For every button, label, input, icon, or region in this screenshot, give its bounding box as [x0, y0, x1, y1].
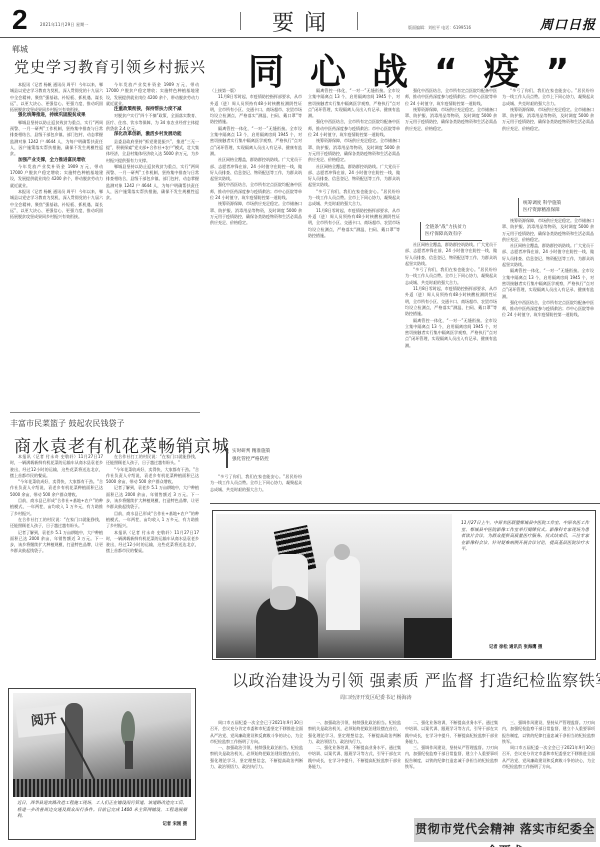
article-kicker: 郸城: [12, 44, 28, 55]
paragraph: 统筹资源保障，市场供应充足稳定。全市储备口罩、防护服、消毒用品等物资，及时调度 …: [502, 107, 594, 132]
editor-line: 版面编辑：刘松平 电话：6199516: [408, 25, 471, 31]
paragraph: 社区网格全覆盖，群防群控筑防线。广大党员干部、志愿者冲锋在前，24 小时值守在防…: [210, 157, 302, 182]
paper-logo: 周口日报: [540, 14, 596, 33]
doctor-head: [334, 544, 350, 560]
paragraph: “多亏了你们，我们在家也能安心。”居民纷纷为一线工作人员点赞。全市上下同心协力，…: [502, 88, 594, 107]
paragraph: 社区网格全覆盖，群防群控筑防线。广大党员干部、志愿者冲锋在前，24 小时值守在防…: [502, 243, 594, 268]
article-body-col2: 今年发放产业奖补资金 1909 万元，带动 17000 户脱贫户稳定增收；实施特…: [106, 82, 199, 382]
paragraph: 三、强调作风建设，坚持从严管理监督。刀刃向内，加强纪检监察干部日常监督，建立个人…: [502, 720, 595, 745]
article-body-col3b: 社区网格全覆盖，群防群控筑防线。广大党员干部、志愿者冲锋在前，24 小时值守在防…: [405, 242, 497, 498]
paragraph: 周口市五届纪委一次全会已于2021年9月30日召开，会议充分肯定市委和市纪委坚定…: [210, 720, 303, 745]
paragraph: 隔离管控一体化，“一对一”无缝衔接。全市设立集中隔离点 13 个，启用隔离房间 …: [210, 126, 302, 157]
article-body-col2: 一、加强政治引领，持续强化政治担当。纪检监察机关是政治机关，必须始终把政治建设摆…: [308, 720, 401, 842]
article-body-col1b: “多亏了你们，我们在家也能安心。”居民纷纷为一线工作人员点赞。全市上下同心协力，…: [210, 474, 302, 500]
paragraph: 本报讯（记者 杨帆 通讯员 周平）今年以来，郸城县以党史学习教育为契机，深入贯彻…: [10, 82, 103, 113]
divider: [357, 12, 358, 30]
doctor-figure: [326, 556, 360, 630]
article-body-col4: 三、强调作风建设，坚持从严管理监督。刀刃向内，加强纪检监察干部日常监督，建立个人…: [502, 720, 595, 814]
paragraph: “多亏了你们，我们在家也能安心。”居民纷纷为一线工作人员点赞。全市上下同心协力，…: [210, 474, 302, 493]
masthead: 2 2021年11月29日 星期一 要闻 版面编辑：刘松平 电话：6199516…: [0, 0, 600, 38]
paragraph: 统筹资源保障，市场供应充足稳定。全市储备口罩、防护服、消毒用品等物资，及时调度 …: [210, 201, 302, 226]
paragraph: 本报讯（记者 付永奇 史敬轩）11月27日17时，一辆满载新鲜有机花菜的运输车从…: [106, 530, 199, 555]
medical-photo-box: 11月27日上午，中原名医联盟郸城县中医院工作室、中原名医工作室、郸城县中医院影…: [212, 510, 596, 660]
medical-photo: [216, 514, 452, 658]
paragraph: 社区网格全覆盖，群防群控筑防线。广大党员干部、志愿者冲锋在前，24 小时值守在防…: [308, 164, 400, 189]
paragraph: “多亏了你们，我们在家也能安心。”居民纷纷为一线工作人员点赞。全市上下同心协力，…: [308, 189, 400, 208]
paragraph: “今年花菜收成好，卖得快，大家都有干劲。”合作社负责人介绍说，袁老乡有机花菜种植…: [106, 467, 199, 486]
worker-figure: [125, 741, 133, 769]
paragraph: 隔离管控一体化，“一对一”无缝衔接。全市设立集中隔离点 13 个，启用隔离房间 …: [502, 268, 594, 299]
monitor: [404, 618, 452, 658]
paragraph: 社区网格全覆盖，群防群控筑防线。广大党员干部、志愿者冲锋在前，24 小时值守在防…: [405, 242, 497, 267]
article-body-col2: 在合作社打工的村民说：“在家门口就能挣钱，还能照顾老人孩子，日子越过越有盼头。”…: [106, 454, 199, 679]
paragraph: 县委县政府坚持“抓党建促振兴”，推进“三无一提”，积极探索“党支部+合作社+农户…: [106, 139, 199, 164]
article-body-col1: 本报讯（记者 杨帆 通讯员 周平）今年以来，郸城县以党史学习教育为契机，深入贯彻…: [10, 82, 103, 382]
paragraph: 在合作社打工的村民说：“在家门口就能挣钱，还能照顾老人孩子，日子越过越有盼头。”: [106, 454, 199, 467]
construction-photo: 阅开: [13, 693, 191, 797]
paragraph: “今年花菜收成好，卖得快，大家都有干劲。”合作社负责人介绍说，袁老乡有机花菜种植…: [10, 479, 103, 498]
paragraph: 强化中西医结合，全市所有定点医院均配备中医师，推动中医药深度参与疫情救治；市中心…: [502, 300, 594, 319]
article-headline: 以政治建设为引领 强素质 严监督 打造纪检监察铁军: [232, 668, 600, 691]
paragraph: 强化中西医结合，全市所有定点医院均配备中医师，推动中医药深度参与疫情救治；市中心…: [405, 88, 497, 107]
photo-credit: 记者 宋刚 摄: [163, 822, 187, 829]
photo-caption: 11月27日上午，中原名医联盟郸城县中医院工作室、中原名医工作室、郸城县中医院影…: [461, 521, 589, 554]
paragraph: 11月8日零时起，市疫情防控指挥部要求，从市外返（进）周人员须持有48小时核酸检…: [405, 286, 497, 317]
photo-credit: 记者 徐松 通讯员 张海鹰 摄: [489, 645, 542, 652]
paragraph: 统筹资源保障，市场供应充足稳定。全市储备口罩、防护服、消毒用品等物资，及时调度 …: [502, 218, 594, 243]
paragraph: 本报讯（记者 付永奇 史敬轩）11月27日17时，一辆满载新鲜有机花菜的运输车从…: [10, 454, 103, 479]
paragraph: 记者了解到，袁老乡 5.1 万亩耕地中，大户种植面积已达 2000 余亩，年销售…: [106, 485, 199, 510]
article-body-col3: 二、强化业务培训，不断提高业务水平。通过集中培训、以案代训、跟班学习等方式，引导…: [405, 720, 498, 814]
paragraph: 郸城县坚持以防止返贫致贫为重点，实行“两周预警、一月一研判”工作机制，坚持集中排…: [106, 164, 199, 202]
paragraph: 周口市五届纪委一次全会已于2021年9月30日召开，会议充分肯定市委和市纪委坚定…: [502, 745, 595, 770]
paragraph: 一、加强政治引领，持续强化政治担当。纪检监察机关是政治机关，必须始终把政治建设摆…: [210, 745, 303, 770]
paragraph: 今年发放产业奖补资金 1909 万元，带动 17000 户脱贫户稳定增收；实施特…: [10, 164, 103, 189]
paragraph: 11月8日零时起，市疫情防控指挥部要求，从市外返（进）周人员须持有48小时核酸检…: [308, 208, 400, 239]
paragraph: “多亏了你们，我们在家也能安心。”居民纷纷为一线工作人员点赞。全市上下同心协力，…: [405, 267, 497, 286]
paragraph: 一、加强政治引领，持续强化政治担当。纪检监察机关是政治机关，必须始终把政治建设摆…: [308, 720, 401, 745]
article-body-col1: 本报讯（记者 付永奇 史敬轩）11月27日17时，一辆满载新鲜有机花菜的运输车从…: [10, 454, 103, 679]
patient-head: [270, 586, 296, 610]
section-title: 要闻: [272, 6, 336, 37]
paragraph: 二、强化业务培训，不断提高业务水平。通过集中培训、以案代训、跟班学习等方式，引导…: [405, 720, 498, 745]
divider: [10, 412, 200, 413]
paragraph: 三、强调作风建设，坚持从严管理监督。刀刃向内，加强纪检监察干部日常监督，建立个人…: [405, 745, 498, 770]
paragraph: 目前，商水县已形成“合作社+基地+农户”的种植模式，一年两茬，亩均收入 1 万多…: [10, 498, 103, 517]
paragraph: 隔离管控一体化，“一对一”无缝衔接。全市设立集中隔离点 13 个，启用隔离房间 …: [308, 88, 400, 119]
paragraph: 二、强化业务培训，不断提高业务水平。通过集中培训、以案代训、跟班学习等方式，引导…: [308, 745, 401, 770]
paragraph: 强化中西医结合，全市所有定点医院均配备中医师，推动中医药深度参与疫情救治；市中心…: [210, 182, 302, 201]
article-headline: 党史学习教育引领乡村振兴: [14, 56, 206, 77]
bottom-banner: 贯彻市党代会精神 落实市纪委全会要求: [414, 818, 596, 842]
divider: [210, 503, 600, 504]
paragraph: 郸城县坚持以防止返贫致贫为重点，实行“两周预警、一月一研判”工作机制，坚持集中排…: [10, 120, 103, 158]
paragraph: 记者了解到，袁老乡 5.1 万亩耕地中，大户种植面积已达 2000 余亩，年销售…: [10, 530, 103, 555]
pull-quote: 实时研判 精准施策 强化管控严格防控: [226, 448, 296, 468]
paragraph: 在合作社打工的村民说：“在家门口就能挣钱，还能照顾老人孩子，日子越过越有盼头。”: [10, 517, 103, 530]
construction-photo-box: 阅开 近日，西华县迎宾路改造工程施工现场，工人们正在铺设雨污管道。该道路改造完工…: [8, 688, 196, 840]
article-byline: 周口经济开发区纪委书记 杨海涛: [340, 694, 412, 701]
paragraph: 今年发放产业奖补资金 1909 万元，带动 17000 户脱贫户稳定增收；实施特…: [106, 82, 199, 107]
issue-date: 2021年11月29日 星期一: [40, 22, 89, 28]
paragraph: 目前，商水县已形成“合作社+基地+农户”的种植模式，一年两茬，亩均收入 1 万多…: [106, 511, 199, 530]
article-body-col2: 隔离管控一体化，“一对一”无缝衔接。全市设立集中隔离点 13 个，启用隔离房间 …: [308, 88, 400, 498]
article-body-col1: 周口市五届纪委一次全会已于2021年9月30日召开，会议充分肯定市委和市纪委坚定…: [210, 720, 303, 842]
paragraph: 统筹资源保障，市场供应充足稳定。全市储备口罩、防护服、消毒用品等物资，及时调度 …: [308, 138, 400, 163]
article-kicker: 丰富市民菜篮子 鼓起农民钱袋子: [10, 418, 125, 429]
pull-quote: 统筹调度 科学施策 医疗资源精准保障: [518, 198, 580, 217]
paragraph: 统筹资源保障，市场供应充足稳定。全市储备口罩、防护服、消毒用品等物资，及时调度 …: [405, 107, 497, 132]
paragraph: 11月8日零时起，市疫情防控指挥部要求，从市外返（进）周人员须持有48小时核酸检…: [210, 94, 302, 125]
paragraph: 强化中西医结合，全市所有定点医院均配备中医师，推动中医药深度参与疫情救治；市中心…: [308, 119, 400, 138]
paragraph: 本报讯（记者 杨帆 通讯员 周平）今年以来，郸城县以党史学习教育为契机，深入贯彻…: [10, 189, 103, 220]
paragraph: 对脱贫户实行“四个不摘”政策，全面落实教育、医疗、住房、饮水等保障，为 34 家…: [106, 113, 199, 132]
divider: [240, 12, 241, 30]
paragraph: 隔离管控一体化，“一对一”无缝衔接。全市设立集中隔离点 13 个，启用隔离房间 …: [405, 318, 497, 349]
page-number: 2: [12, 4, 28, 36]
article-body-col4: “多亏了你们，我们在家也能安心。”居民纷纷为一线工作人员点赞。全市上下同心协力，…: [502, 88, 594, 206]
article-body-col4b: 统筹资源保障，市场供应充足稳定。全市储备口罩、防护服、消毒用品等物资，及时调度 …: [502, 218, 594, 498]
article-body-col1: （上接第一版） 11月8日零时起，市疫情防控指挥部要求，从市外返（进）周人员须持…: [210, 88, 302, 436]
pull-quote: 全链条“战”力扶贫力 医疗保障高效有序: [420, 222, 482, 241]
drain-grate: [13, 779, 191, 797]
photo-caption: 近日，西华县迎宾路改造工程施工现场，工人们正在铺设雨污管道。该道路改造完工后，将…: [17, 801, 187, 821]
